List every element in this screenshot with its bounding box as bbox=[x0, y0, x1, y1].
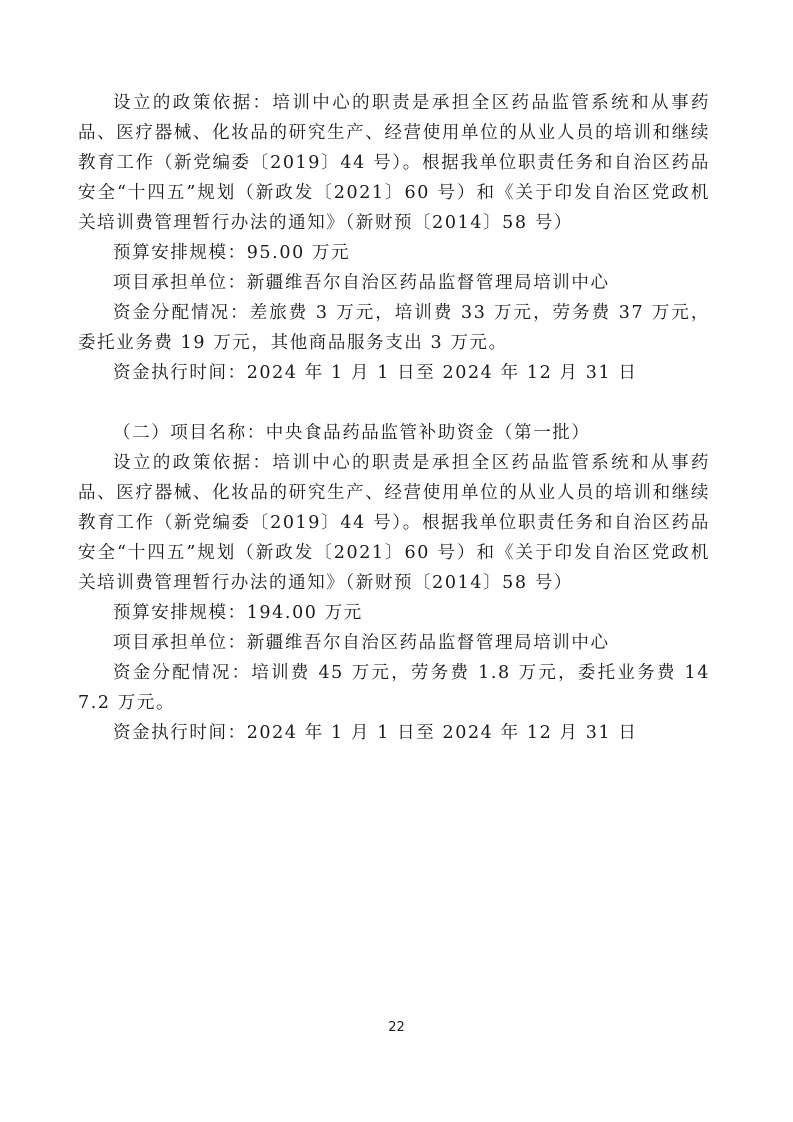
section2-undertaking-unit: 项目承担单位：新疆维吾尔自治区药品监督管理局培训中心 bbox=[78, 628, 710, 658]
page-number: 22 bbox=[0, 1020, 793, 1035]
section2-budget-scale: 预算安排规模：194.00 万元 bbox=[78, 598, 710, 628]
section2-title: （二）项目名称：中央食品药品监管补助资金（第一批） bbox=[78, 418, 710, 448]
section2-fund-allocation: 资金分配情况：培训费 45 万元，劳务费 1.8 万元，委托业务费 147.2 … bbox=[78, 658, 710, 718]
section1-execution-time: 资金执行时间：2024 年 1 月 1 日至 2024 年 12 月 31 日 bbox=[78, 358, 710, 388]
section1-budget-scale: 预算安排规模：95.00 万元 bbox=[78, 238, 710, 268]
section1-undertaking-unit: 项目承担单位：新疆维吾尔自治区药品监督管理局培训中心 bbox=[78, 268, 710, 298]
section1-policy-basis: 设立的政策依据：培训中心的职责是承担全区药品监管系统和从事药品、医疗器械、化妆品… bbox=[78, 88, 710, 238]
section2-execution-time: 资金执行时间：2024 年 1 月 1 日至 2024 年 12 月 31 日 bbox=[78, 718, 710, 748]
document-page: 设立的政策依据：培训中心的职责是承担全区药品监管系统和从事药品、医疗器械、化妆品… bbox=[78, 88, 710, 748]
section1-fund-allocation: 资金分配情况：差旅费 3 万元，培训费 33 万元，劳务费 37 万元，委托业务… bbox=[78, 298, 710, 358]
section2-policy-basis: 设立的政策依据：培训中心的职责是承担全区药品监管系统和从事药品、医疗器械、化妆品… bbox=[78, 448, 710, 598]
